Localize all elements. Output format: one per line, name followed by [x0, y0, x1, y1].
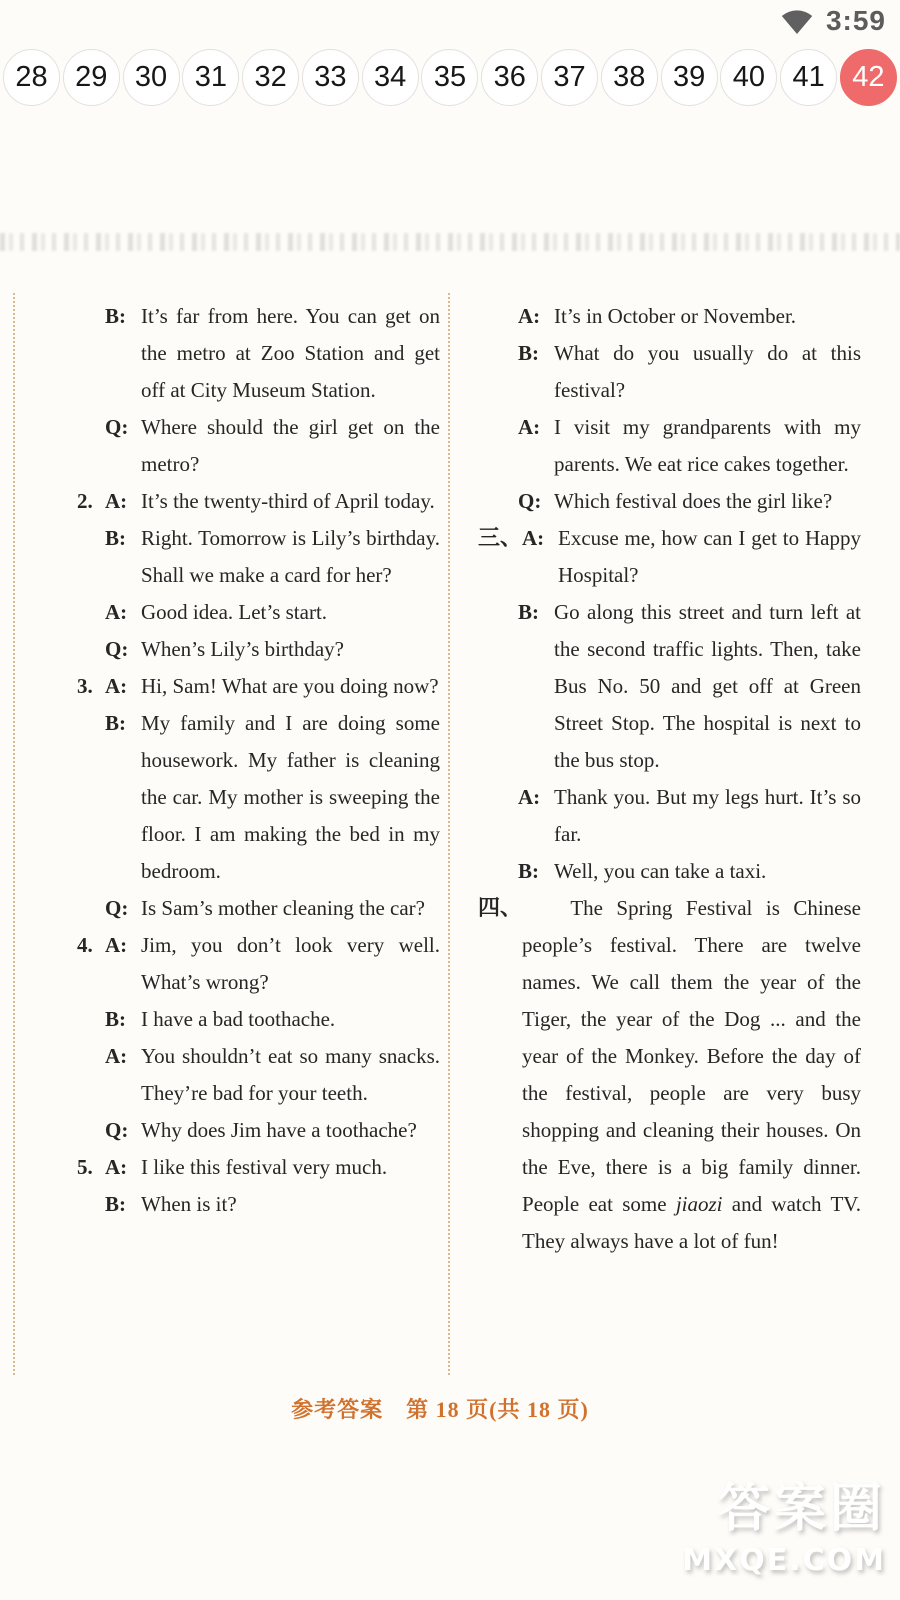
- dialogue-line: B:Go along this street and turn left at …: [466, 594, 861, 779]
- tab-42-selected[interactable]: 42: [840, 49, 897, 106]
- line-text: Excuse me, how can I get to Happy Hospit…: [558, 520, 861, 594]
- line-text: I visit my grandparents with my parents.…: [554, 409, 861, 483]
- footer-page-info: 参考答案 第 18 页(共 18 页): [0, 1393, 880, 1424]
- section-marker: 四、: [466, 890, 522, 927]
- line-text: It’s the twenty-third of April today.: [141, 483, 440, 520]
- page-artifact-band: [0, 233, 900, 251]
- status-time: 3:59: [826, 5, 886, 37]
- line-text: Where should the girl get on the metro?: [141, 409, 440, 483]
- page-tab-bar: 28 29 30 31 32 33 34 35 36 37 38 39 40 4…: [0, 49, 900, 106]
- speaker-label: Q:: [105, 890, 141, 927]
- dialogue-line: A:It’s in October or November.: [466, 298, 861, 335]
- line-text: When is it?: [141, 1186, 440, 1223]
- dialogue-line: A:I visit my grandparents with my parent…: [466, 409, 861, 483]
- dialogue-line: A:Good idea. Let’s start.: [77, 594, 440, 631]
- dialogue-line: 3.A:Hi, Sam! What are you doing now?: [77, 668, 440, 705]
- speaker-label: A:: [105, 668, 141, 705]
- answer-sheet: B:It’s far from here. You can get on the…: [13, 293, 900, 1375]
- line-text: It’s far from here. You can get on the m…: [141, 298, 440, 409]
- line-text: Go along this street and turn left at th…: [554, 594, 861, 779]
- line-text: Well, you can take a taxi.: [554, 853, 861, 890]
- dialogue-line: B:Well, you can take a taxi.: [466, 853, 861, 890]
- tab-28[interactable]: 28: [3, 49, 60, 106]
- tab-29[interactable]: 29: [63, 49, 120, 106]
- speaker-label: Q:: [105, 409, 141, 446]
- dialogue-line: B:I have a bad toothache.: [77, 1001, 440, 1038]
- line-text: You shouldn’t eat so many snacks. They’r…: [141, 1038, 440, 1112]
- tab-30[interactable]: 30: [123, 49, 180, 106]
- dialogue-line: B:When is it?: [77, 1186, 440, 1223]
- line-text: Which festival does the girl like?: [554, 483, 861, 520]
- speaker-label: A:: [105, 483, 141, 520]
- speaker-label: B:: [105, 1001, 141, 1038]
- speaker-label: B:: [518, 594, 554, 631]
- line-text: Jim, you don’t look very well. What’s wr…: [141, 927, 440, 1001]
- watermark: 答案圈 MXQE.COM: [682, 1466, 886, 1578]
- tab-31[interactable]: 31: [182, 49, 239, 106]
- section-marker: 三、: [466, 520, 522, 557]
- speaker-label: A:: [105, 1038, 141, 1075]
- passage-italic-word: jiaozi: [676, 1192, 723, 1216]
- reading-passage: 四、 The Spring Festival is Chinese people…: [466, 890, 861, 1260]
- line-text: What do you usually do at this festival?: [554, 335, 861, 409]
- dialogue-line: Q:Where should the girl get on the metro…: [77, 409, 440, 483]
- line-text: Is Sam’s mother cleaning the car?: [141, 890, 440, 927]
- line-text: My family and I are doing some housework…: [141, 705, 440, 890]
- tab-34[interactable]: 34: [362, 49, 419, 106]
- speaker-label: A:: [105, 1149, 141, 1186]
- speaker-label: A:: [518, 779, 554, 816]
- tab-32[interactable]: 32: [242, 49, 299, 106]
- dialogue-line: B:Right. Tomorrow is Lily’s birthday. Sh…: [77, 520, 440, 594]
- dialogue-line: 三、A:Excuse me, how can I get to Happy Ho…: [466, 520, 861, 594]
- tab-41[interactable]: 41: [780, 49, 837, 106]
- line-number: 3.: [77, 668, 105, 705]
- dialogue-line: B:It’s far from here. You can get on the…: [77, 298, 440, 409]
- speaker-label: B:: [105, 298, 141, 335]
- line-number: 5.: [77, 1149, 105, 1186]
- line-text: Thank you. But my legs hurt. It’s so far…: [554, 779, 861, 853]
- dialogue-line: Q:Which festival does the girl like?: [466, 483, 861, 520]
- line-text: Good idea. Let’s start.: [141, 594, 440, 631]
- status-bar: 3:59: [0, 0, 900, 42]
- tab-35[interactable]: 35: [421, 49, 478, 106]
- line-number: 2.: [77, 483, 105, 520]
- speaker-label: A:: [105, 594, 141, 631]
- line-text: I have a bad toothache.: [141, 1001, 440, 1038]
- tab-40[interactable]: 40: [720, 49, 777, 106]
- line-text: I like this festival very much.: [141, 1149, 440, 1186]
- line-text: Why does Jim have a toothache?: [141, 1112, 440, 1149]
- dialogue-line: B:My family and I are doing some housewo…: [77, 705, 440, 890]
- speaker-label: A:: [518, 409, 554, 446]
- dialogue-line: A:Thank you. But my legs hurt. It’s so f…: [466, 779, 861, 853]
- dialogue-line: B:What do you usually do at this festiva…: [466, 335, 861, 409]
- watermark-logo: 答案圈: [682, 1466, 886, 1541]
- speaker-label: Q:: [518, 483, 554, 520]
- speaker-label: Q:: [105, 1112, 141, 1149]
- line-text: Right. Tomorrow is Lily’s birthday. Shal…: [141, 520, 440, 594]
- line-number: 4.: [77, 927, 105, 964]
- speaker-label: B:: [518, 853, 554, 890]
- tab-33[interactable]: 33: [302, 49, 359, 106]
- dialogue-line: Q:When’s Lily’s birthday?: [77, 631, 440, 668]
- line-text: It’s in October or November.: [554, 298, 861, 335]
- watermark-site: MXQE.COM: [682, 1543, 886, 1578]
- tab-37[interactable]: 37: [541, 49, 598, 106]
- dialogue-line: A:You shouldn’t eat so many snacks. They…: [77, 1038, 440, 1112]
- speaker-label: B:: [105, 1186, 141, 1223]
- right-column: A:It’s in October or November. B:What do…: [448, 293, 889, 1375]
- left-column: B:It’s far from here. You can get on the…: [15, 293, 448, 1375]
- dialogue-line: 5.A:I like this festival very much.: [77, 1149, 440, 1186]
- passage-text-pre: The Spring Festival is Chinese people’s …: [522, 896, 861, 1216]
- tab-38[interactable]: 38: [601, 49, 658, 106]
- speaker-label: Q:: [105, 631, 141, 668]
- dialogue-line: 4.A:Jim, you don’t look very well. What’…: [77, 927, 440, 1001]
- passage-text: The Spring Festival is Chinese people’s …: [522, 890, 861, 1260]
- line-text: Hi, Sam! What are you doing now?: [141, 668, 440, 705]
- dialogue-line: 2.A:It’s the twenty-third of April today…: [77, 483, 440, 520]
- line-text: When’s Lily’s birthday?: [141, 631, 440, 668]
- wifi-icon: [780, 7, 814, 35]
- speaker-label: B:: [105, 520, 141, 557]
- dialogue-line: Q:Is Sam’s mother cleaning the car?: [77, 890, 440, 927]
- speaker-label: B:: [105, 705, 141, 742]
- speaker-label: B:: [518, 335, 554, 372]
- tab-39[interactable]: 39: [661, 49, 718, 106]
- tab-36[interactable]: 36: [481, 49, 538, 106]
- dialogue-line: Q:Why does Jim have a toothache?: [77, 1112, 440, 1149]
- speaker-label: A:: [518, 298, 554, 335]
- speaker-label: A:: [522, 520, 558, 557]
- speaker-label: A:: [105, 927, 141, 964]
